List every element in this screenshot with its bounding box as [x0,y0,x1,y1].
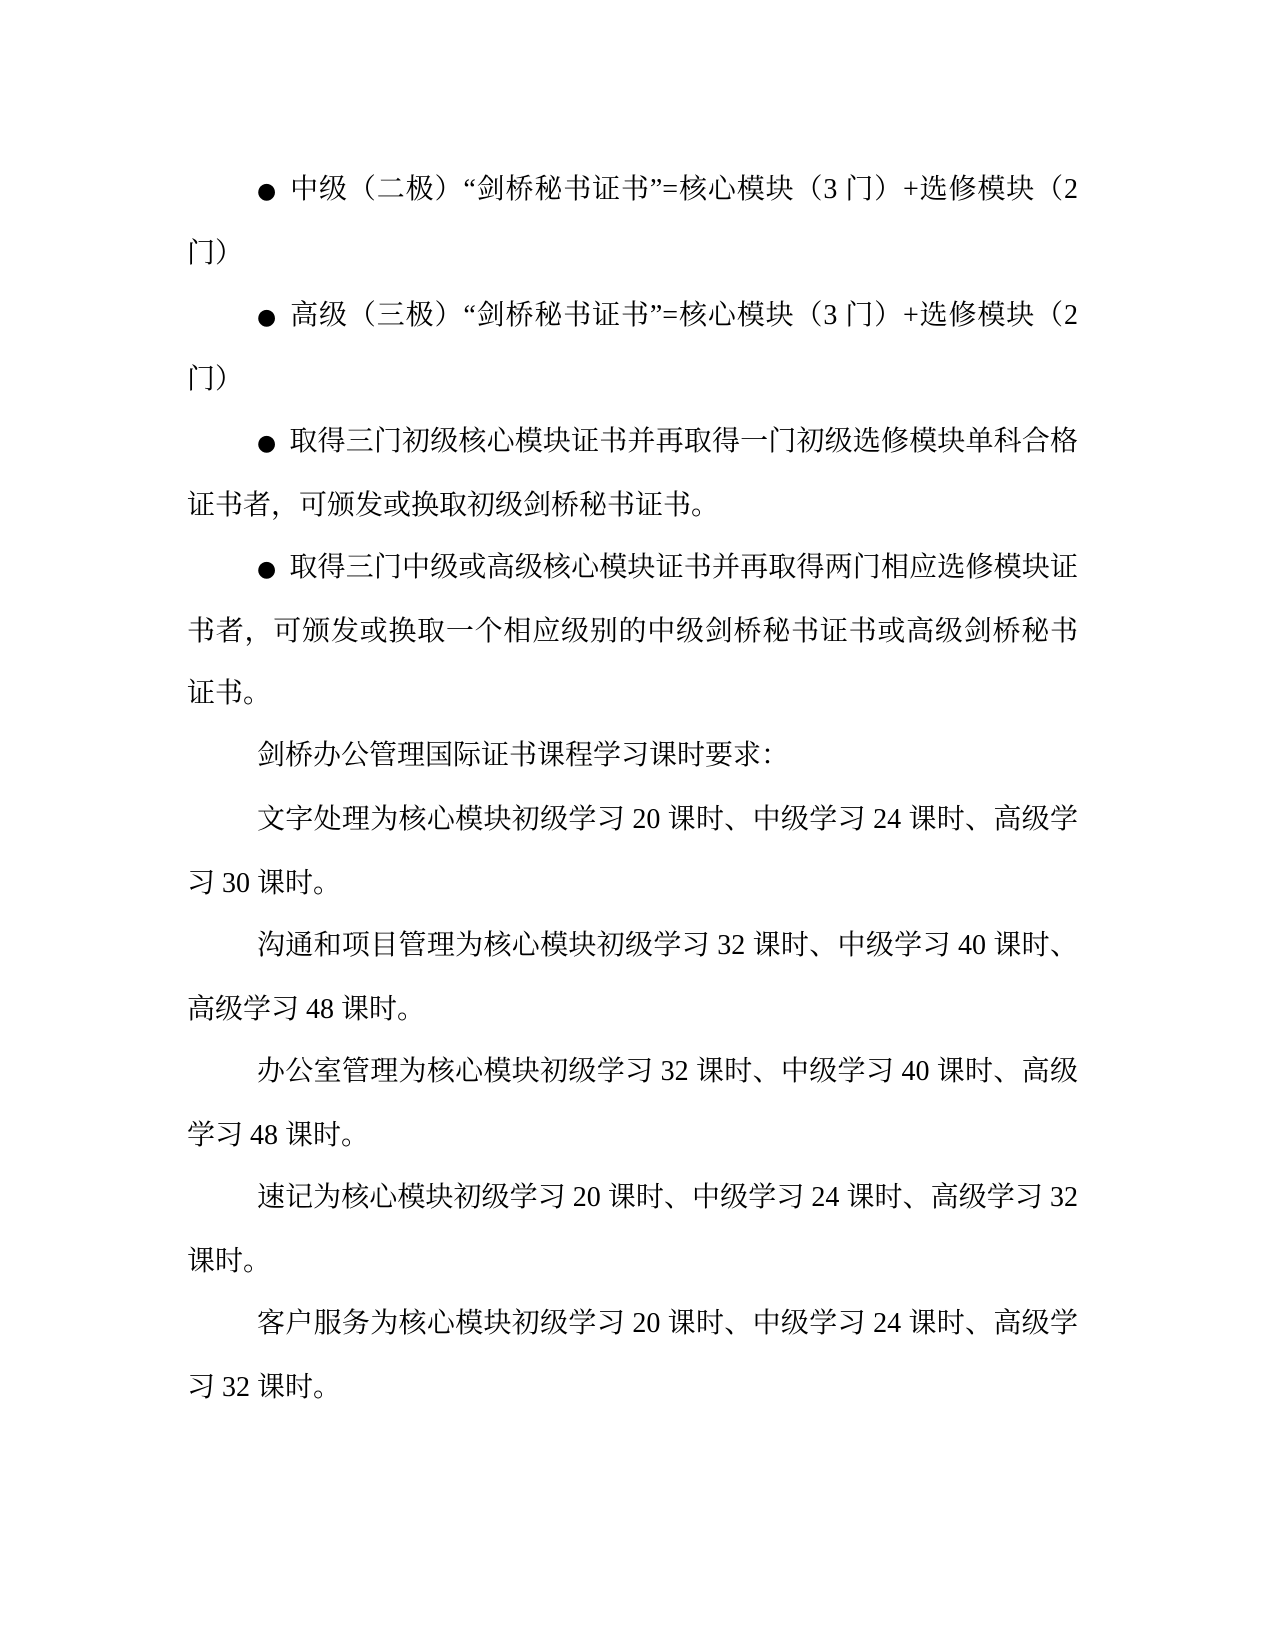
paragraph: 办公室管理为核心模块初级学习 32 课时、中级学习 40 课时、高级学习 48 … [187,1041,1078,1167]
paragraph-text: 沟通和项目管理为核心模块初级学习 32 课时、中级学习 40 课时、高级学习 4… [187,930,1078,1025]
paragraph: ●高级（三极）“剑桥秘书证书”=核心模块（3 门）+选修模块（2门） [187,285,1078,411]
paragraph: ●取得三门初级核心模块证书并再取得一门初级选修模块单科合格证书者，可颁发或换取初… [187,411,1078,537]
paragraph-text: 剑桥办公管理国际证书课程学习课时要求： [257,740,789,771]
paragraph-text: 速记为核心模块初级学习 20 课时、中级学习 24 课时、高级学习 32 课时。 [187,1182,1085,1277]
paragraph-text: 中级（二极）“剑桥秘书证书”=核心模块（3 门）+选修模块（2门） [187,174,1078,269]
paragraph: 速记为核心模块初级学习 20 课时、中级学习 24 课时、高级学习 32 课时。 [187,1167,1078,1293]
bullet-icon: ● [257,557,276,582]
paragraph: 剑桥办公管理国际证书课程学习课时要求： [187,725,1078,789]
paragraph: 文字处理为核心模块初级学习 20 课时、中级学习 24 课时、高级学习 30 课… [187,789,1078,915]
paragraph: 沟通和项目管理为核心模块初级学习 32 课时、中级学习 40 课时、高级学习 4… [187,915,1078,1041]
bullet-icon: ● [257,305,277,330]
paragraph: 客户服务为核心模块初级学习 20 课时、中级学习 24 课时、高级学习 32 课… [187,1293,1078,1419]
paragraph-text: 客户服务为核心模块初级学习 20 课时、中级学习 24 课时、高级学习 32 课… [187,1308,1078,1403]
paragraph-text: 取得三门初级核心模块证书并再取得一门初级选修模块单科合格证书者，可颁发或换取初级… [187,426,1078,521]
paragraph: ●中级（二极）“剑桥秘书证书”=核心模块（3 门）+选修模块（2门） [187,159,1078,285]
paragraph-text: 办公室管理为核心模块初级学习 32 课时、中级学习 40 课时、高级学习 48 … [187,1056,1078,1151]
paragraph: ●取得三门中级或高级核心模块证书并再取得两门相应选修模块证书者，可颁发或换取一个… [187,537,1078,725]
paragraph-text: 文字处理为核心模块初级学习 20 课时、中级学习 24 课时、高级学习 30 课… [187,804,1078,899]
document-page: ●中级（二极）“剑桥秘书证书”=核心模块（3 门）+选修模块（2门） ●高级（三… [0,0,1275,1650]
bullet-icon: ● [257,179,277,204]
paragraph-text: 取得三门中级或高级核心模块证书并再取得两门相应选修模块证书者，可颁发或换取一个相… [187,552,1078,709]
document-body: ●中级（二极）“剑桥秘书证书”=核心模块（3 门）+选修模块（2门） ●高级（三… [187,159,1078,1419]
bullet-icon: ● [257,431,276,456]
paragraph-text: 高级（三极）“剑桥秘书证书”=核心模块（3 门）+选修模块（2门） [187,300,1078,395]
